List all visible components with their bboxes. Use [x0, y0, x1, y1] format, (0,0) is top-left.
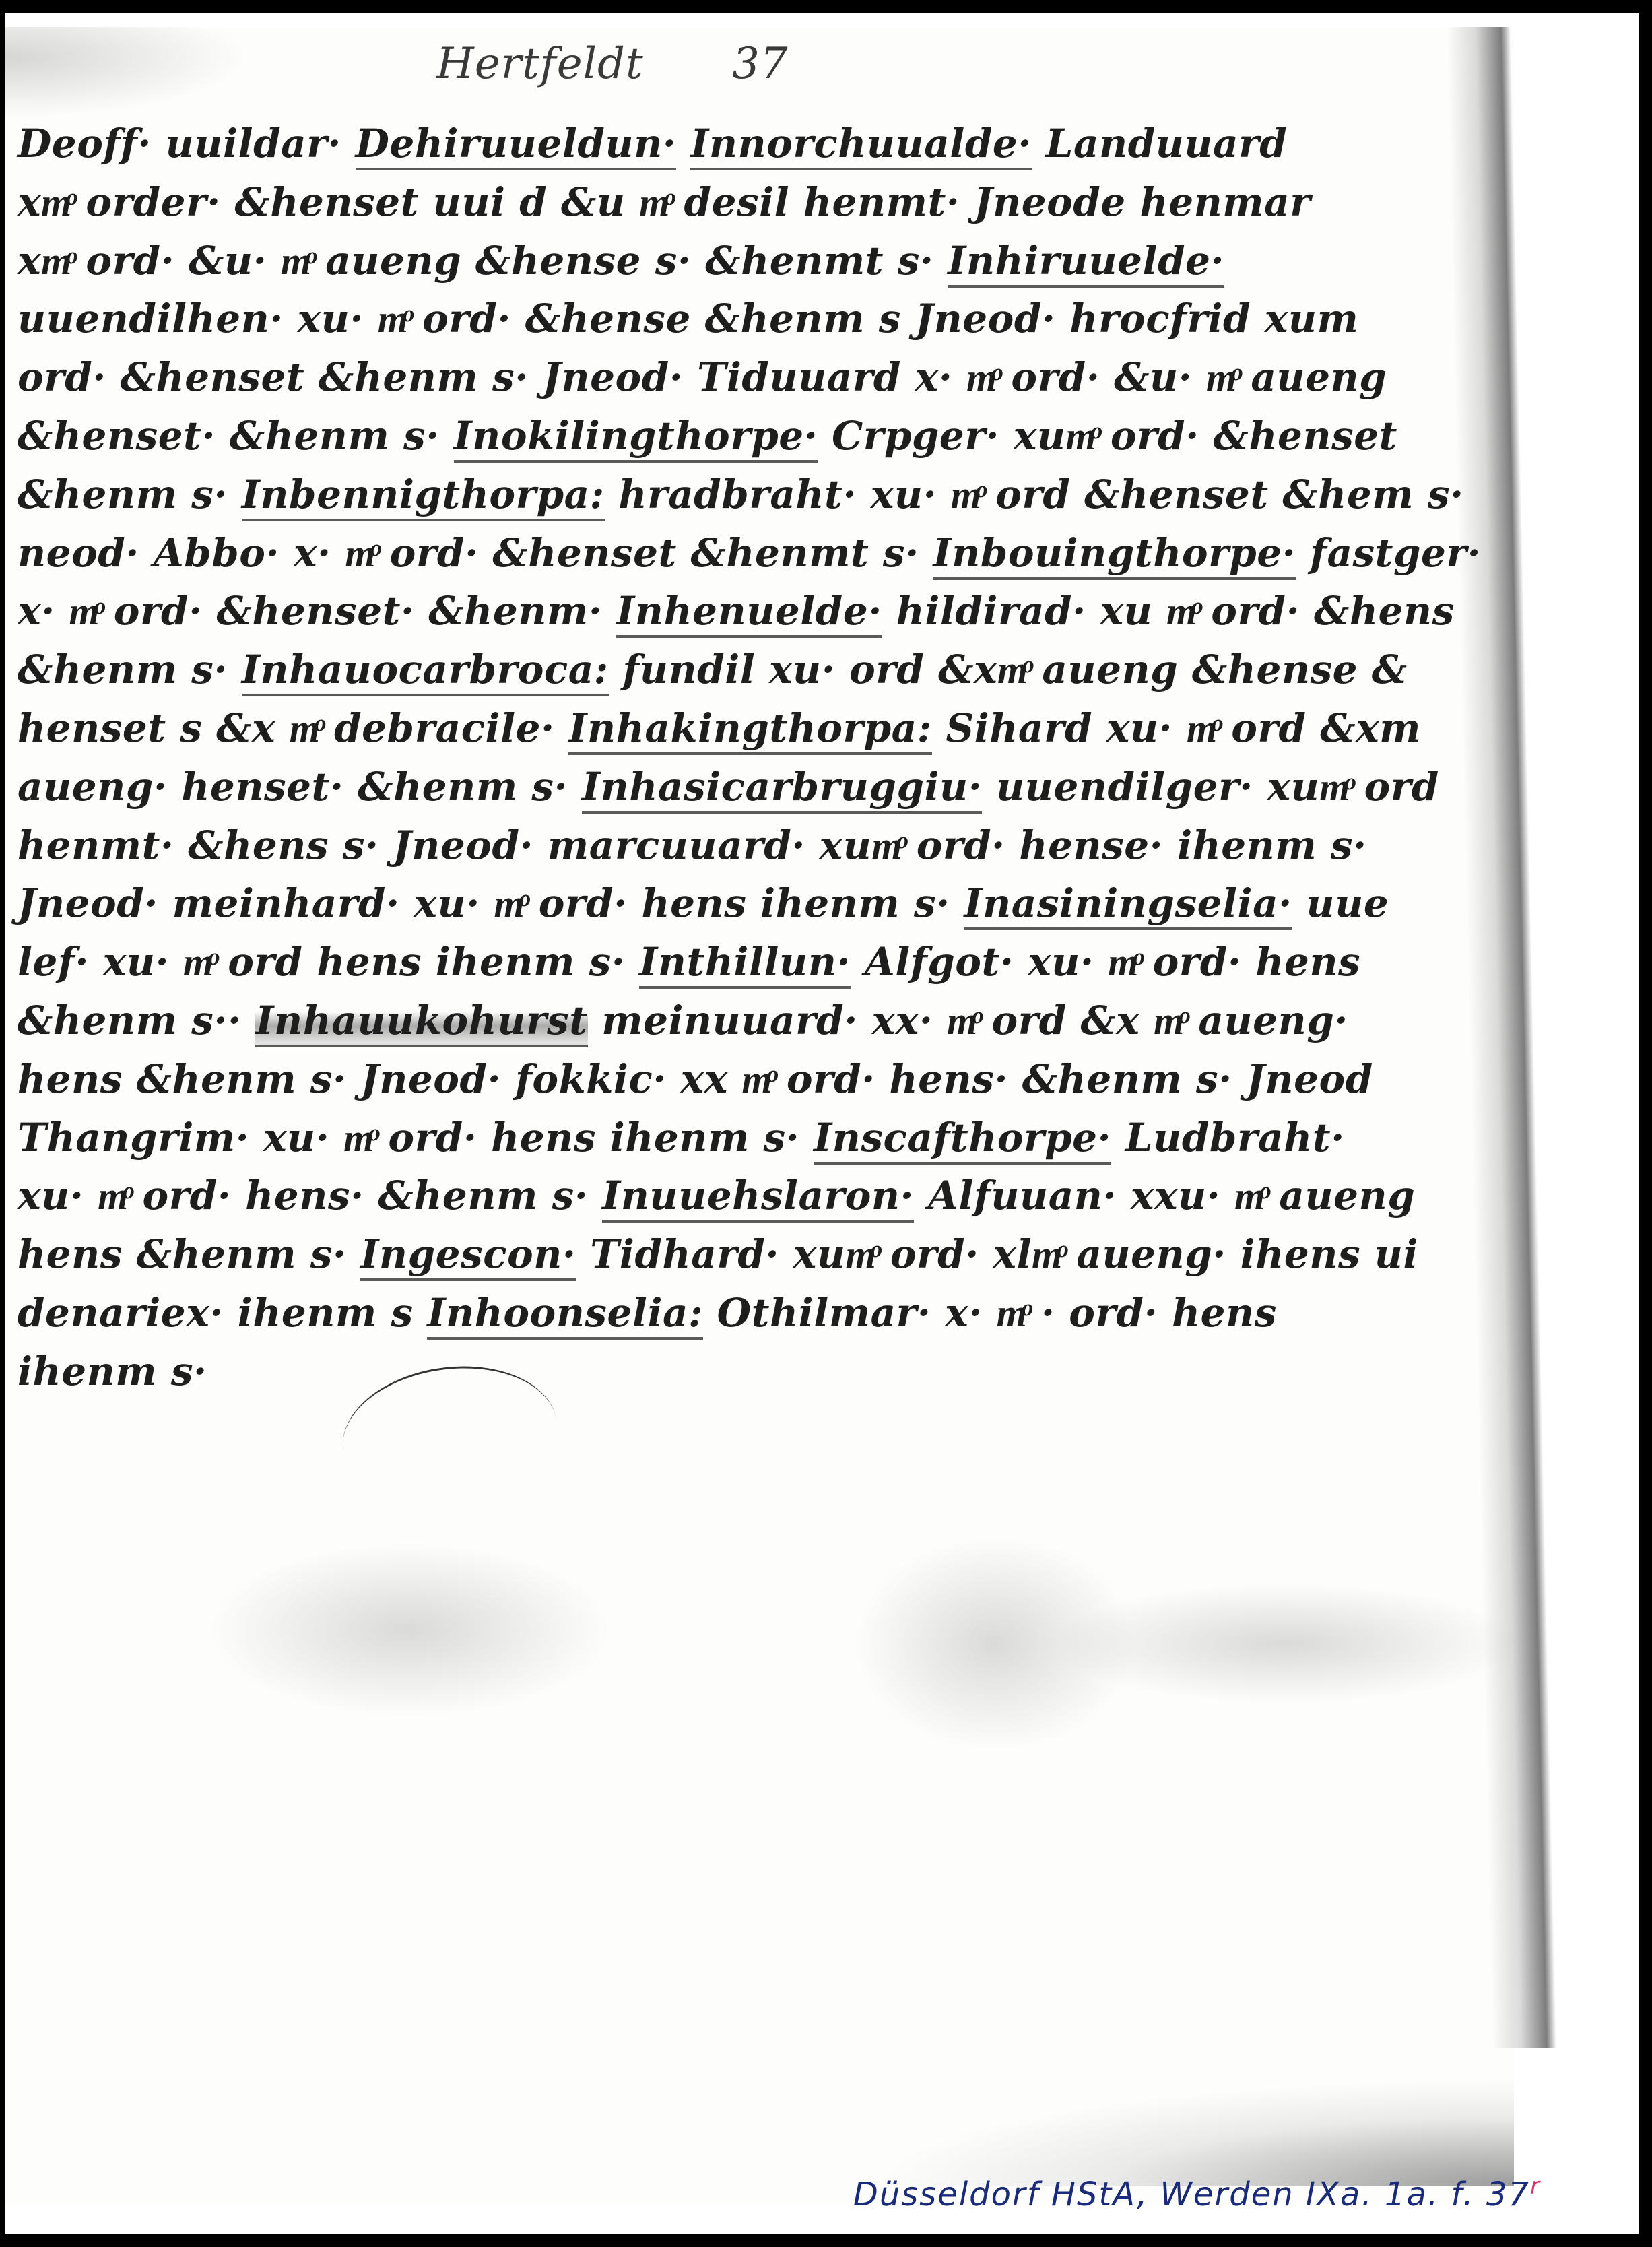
underlined-place-name: Inthillun·	[639, 939, 851, 989]
text-segment: hradbraht· xu· mͦ ord &henset &hem s·	[605, 471, 1464, 517]
foxing-stain	[207, 1542, 612, 1718]
text-segment: &henm s··	[18, 998, 255, 1043]
shelfmark-text: Düsseldorf HStA, Werden IXa. 1a. f. 37	[853, 2176, 1530, 2213]
underlined-place-name: Innorchuualde·	[690, 121, 1032, 170]
parchment-bottom-edge-shadow	[874, 2079, 1514, 2186]
manuscript-line: lef· xu· mͦ ord hens ihenm s· Inthillun·…	[18, 933, 1418, 991]
manuscript-line: &henm s· Inbennigthorpa: hradbraht· xu· …	[18, 465, 1418, 524]
text-segment: aueng· henset· &henm s·	[18, 764, 582, 810]
text-segment: meinuuard· xx· mͦ ord &x mͦ aueng·	[588, 998, 1348, 1043]
underlined-place-name: Inhauukohurst	[255, 998, 587, 1047]
text-segment: fastger·	[1296, 530, 1481, 576]
underlined-place-name: Inhauocarbroca:	[242, 647, 609, 696]
text-segment: &henm s·	[18, 471, 242, 517]
text-segment	[414, 1290, 428, 1336]
underlined-place-name: Dehiruueldun·	[356, 121, 677, 170]
text-segment: hens &henm s·	[18, 1231, 360, 1277]
manuscript-line: hens &henm s· Ingescon· Tidhard· xumͦ or…	[18, 1225, 1418, 1284]
underlined-place-name: Inbouingthorpe·	[933, 530, 1296, 580]
text-segment: xmͦ order· &henset uui d &u mͦ desil hen…	[18, 179, 974, 225]
text-segment: hens &henm s· Jneod· fokkic· xx mͦ ord· …	[18, 1056, 1373, 1102]
manuscript-line: xmͦ order· &henset uui d &u mͦ desil hen…	[18, 173, 1418, 232]
text-segment: &henm s·	[18, 647, 242, 692]
manuscript-line: Deoff· uuildar· Dehiruueldun· Innorchuua…	[18, 115, 1418, 173]
manuscript-line: ihenm s·	[18, 1342, 1418, 1401]
text-segment: neod· Abbo· x· mͦ ord· &henset &henmt s·	[18, 530, 933, 576]
underlined-place-name: Inhenuelde·	[616, 588, 882, 638]
text-segment: Crpger· xumͦ ord· &henset	[818, 413, 1397, 459]
underlined-place-name: Inbennigthorpa:	[242, 471, 605, 521]
manuscript-line: ord· &henset &henm s· Jneod· Tiduuard x·…	[18, 348, 1418, 407]
text-segment: Alfgot· xu· mͦ ord· hens	[851, 939, 1360, 985]
page-sheet: Hertfeldt 37 Deoff· uuildar· Dehiruueldu…	[5, 13, 1639, 2234]
recto-superscript: r	[1530, 2173, 1541, 2200]
manuscript-line: hens &henm s· Jneod· fokkic· xx mͦ ord· …	[18, 1050, 1418, 1109]
archival-shelfmark-caption: Düsseldorf HStA, Werden IXa. 1a. f. 37r	[853, 2173, 1541, 2213]
text-segment: henmt· &hens s· Jneod· marcuuard· xumͦ o…	[18, 822, 1367, 868]
text-segment: Jneod· meinhard· xu· mͦ ord· hens ihenm …	[18, 880, 964, 926]
running-header: Hertfeldt 37	[436, 39, 789, 89]
text-segment: uuendilger· xumͦ ord	[982, 764, 1439, 810]
underlined-place-name: Inhasicarbruggiu·	[582, 764, 982, 814]
text-segment: x· mͦ ord· &henset· &henm·	[18, 588, 616, 634]
underlined-place-name: Inhakingthorpa:	[568, 705, 931, 755]
manuscript-line: &henset· &henm s· Inokilingthorpe· Crpge…	[18, 407, 1418, 465]
text-segment: uuendilhen· xu· mͦ ord· &hense &henm s J…	[18, 296, 1358, 341]
text-segment: Landuuard	[1032, 121, 1287, 166]
text-segment: Jneode	[974, 179, 1126, 225]
underlined-place-name: Inuuehslaron·	[602, 1173, 914, 1223]
underlined-place-name: Inokilingthorpe·	[454, 413, 818, 463]
text-segment: Sihard xu· mͦ ord &xm	[932, 705, 1421, 751]
text-segment: &henset· &henm s·	[18, 413, 454, 459]
manuscript-line: &henm s·· Inhauukohurst meinuuard· xx· m…	[18, 991, 1418, 1050]
manuscript-line: henmt· &hens s· Jneod· marcuuard· xumͦ o…	[18, 816, 1418, 875]
foxing-stain	[1049, 1583, 1521, 1704]
manuscript-line: x· mͦ ord· &henset· &henm· Inhenuelde· h…	[18, 582, 1418, 641]
underlined-place-name: Inhoonselia:	[427, 1290, 703, 1340]
text-segment: Alfuuan· xxu· mͦ aueng	[914, 1173, 1415, 1218]
text-segment: uue	[1292, 880, 1389, 926]
manuscript-line: &henm s· Inhauocarbroca: fundil xu· ord …	[18, 641, 1418, 699]
text-segment: henset s &x mͦ debracile·	[18, 705, 568, 751]
text-segment: Ludbraht·	[1111, 1115, 1345, 1161]
text-segment: Othilmar· x· mͦ · ord· hens	[703, 1290, 1277, 1336]
underlined-place-name: Inscafthorpe·	[814, 1115, 1111, 1165]
manuscript-text-block: Deoff· uuildar· Dehiruueldun· Innorchuua…	[18, 115, 1418, 1401]
text-segment: henmar	[1126, 179, 1311, 225]
text-segment: hildirad· xu mͦ ord· &hens	[882, 588, 1455, 634]
manuscript-line: xmͦ ord· &u· mͦ aueng &hense s· &henmt s…	[18, 232, 1418, 290]
text-segment: ord· &henset &henm s· Jneod· Tiduuard x·…	[18, 354, 1387, 400]
text-segment: lef· xu· mͦ ord hens ihenm s·	[18, 939, 639, 985]
text-segment: Deoff· uuildar·	[18, 121, 356, 166]
text-segment: fundil xu· ord &xmͦ aueng &hense &	[609, 647, 1408, 692]
text-segment	[676, 121, 690, 166]
underlined-place-name: Inasiningselia·	[964, 880, 1292, 930]
text-segment: denariex· ihenm s	[18, 1290, 414, 1336]
parchment-worn-corner	[5, 27, 288, 128]
manuscript-line: henset s &x mͦ debracile· Inhakingthorpa…	[18, 699, 1418, 758]
manuscript-line: neod· Abbo· x· mͦ ord· &henset &henmt s·…	[18, 524, 1418, 583]
folio-number: 37	[732, 39, 788, 89]
manuscript-line: denariex· ihenm s Inhoonselia: Othilmar·…	[18, 1284, 1418, 1342]
text-segment: Thangrim· xu· mͦ ord· hens ihenm s·	[18, 1115, 814, 1161]
underlined-place-name: Ingescon·	[360, 1231, 576, 1281]
manuscript-line: Jneod· meinhard· xu· mͦ ord· hens ihenm …	[18, 874, 1418, 933]
manuscript-line: uuendilhen· xu· mͦ ord· &hense &henm s J…	[18, 290, 1418, 348]
text-segment: ihenm s·	[18, 1348, 207, 1394]
text-segment: Tidhard· xumͦ ord· xlmͦ aueng· ihens ui	[576, 1231, 1418, 1277]
underlined-place-name: Inhiruuelde·	[948, 238, 1224, 288]
text-segment: xmͦ ord· &u· mͦ aueng &hense s· &henmt s…	[18, 238, 948, 284]
manuscript-line: aueng· henset· &henm s· Inhasicarbruggiu…	[18, 758, 1418, 816]
text-segment: xu· mͦ ord· hens· &henm s·	[18, 1173, 602, 1218]
header-place-name: Hertfeldt	[436, 39, 644, 89]
manuscript-line: xu· mͦ ord· hens· &henm s· Inuuehslaron·…	[18, 1167, 1418, 1225]
manuscript-line: Thangrim· xu· mͦ ord· hens ihenm s· Insc…	[18, 1109, 1418, 1167]
